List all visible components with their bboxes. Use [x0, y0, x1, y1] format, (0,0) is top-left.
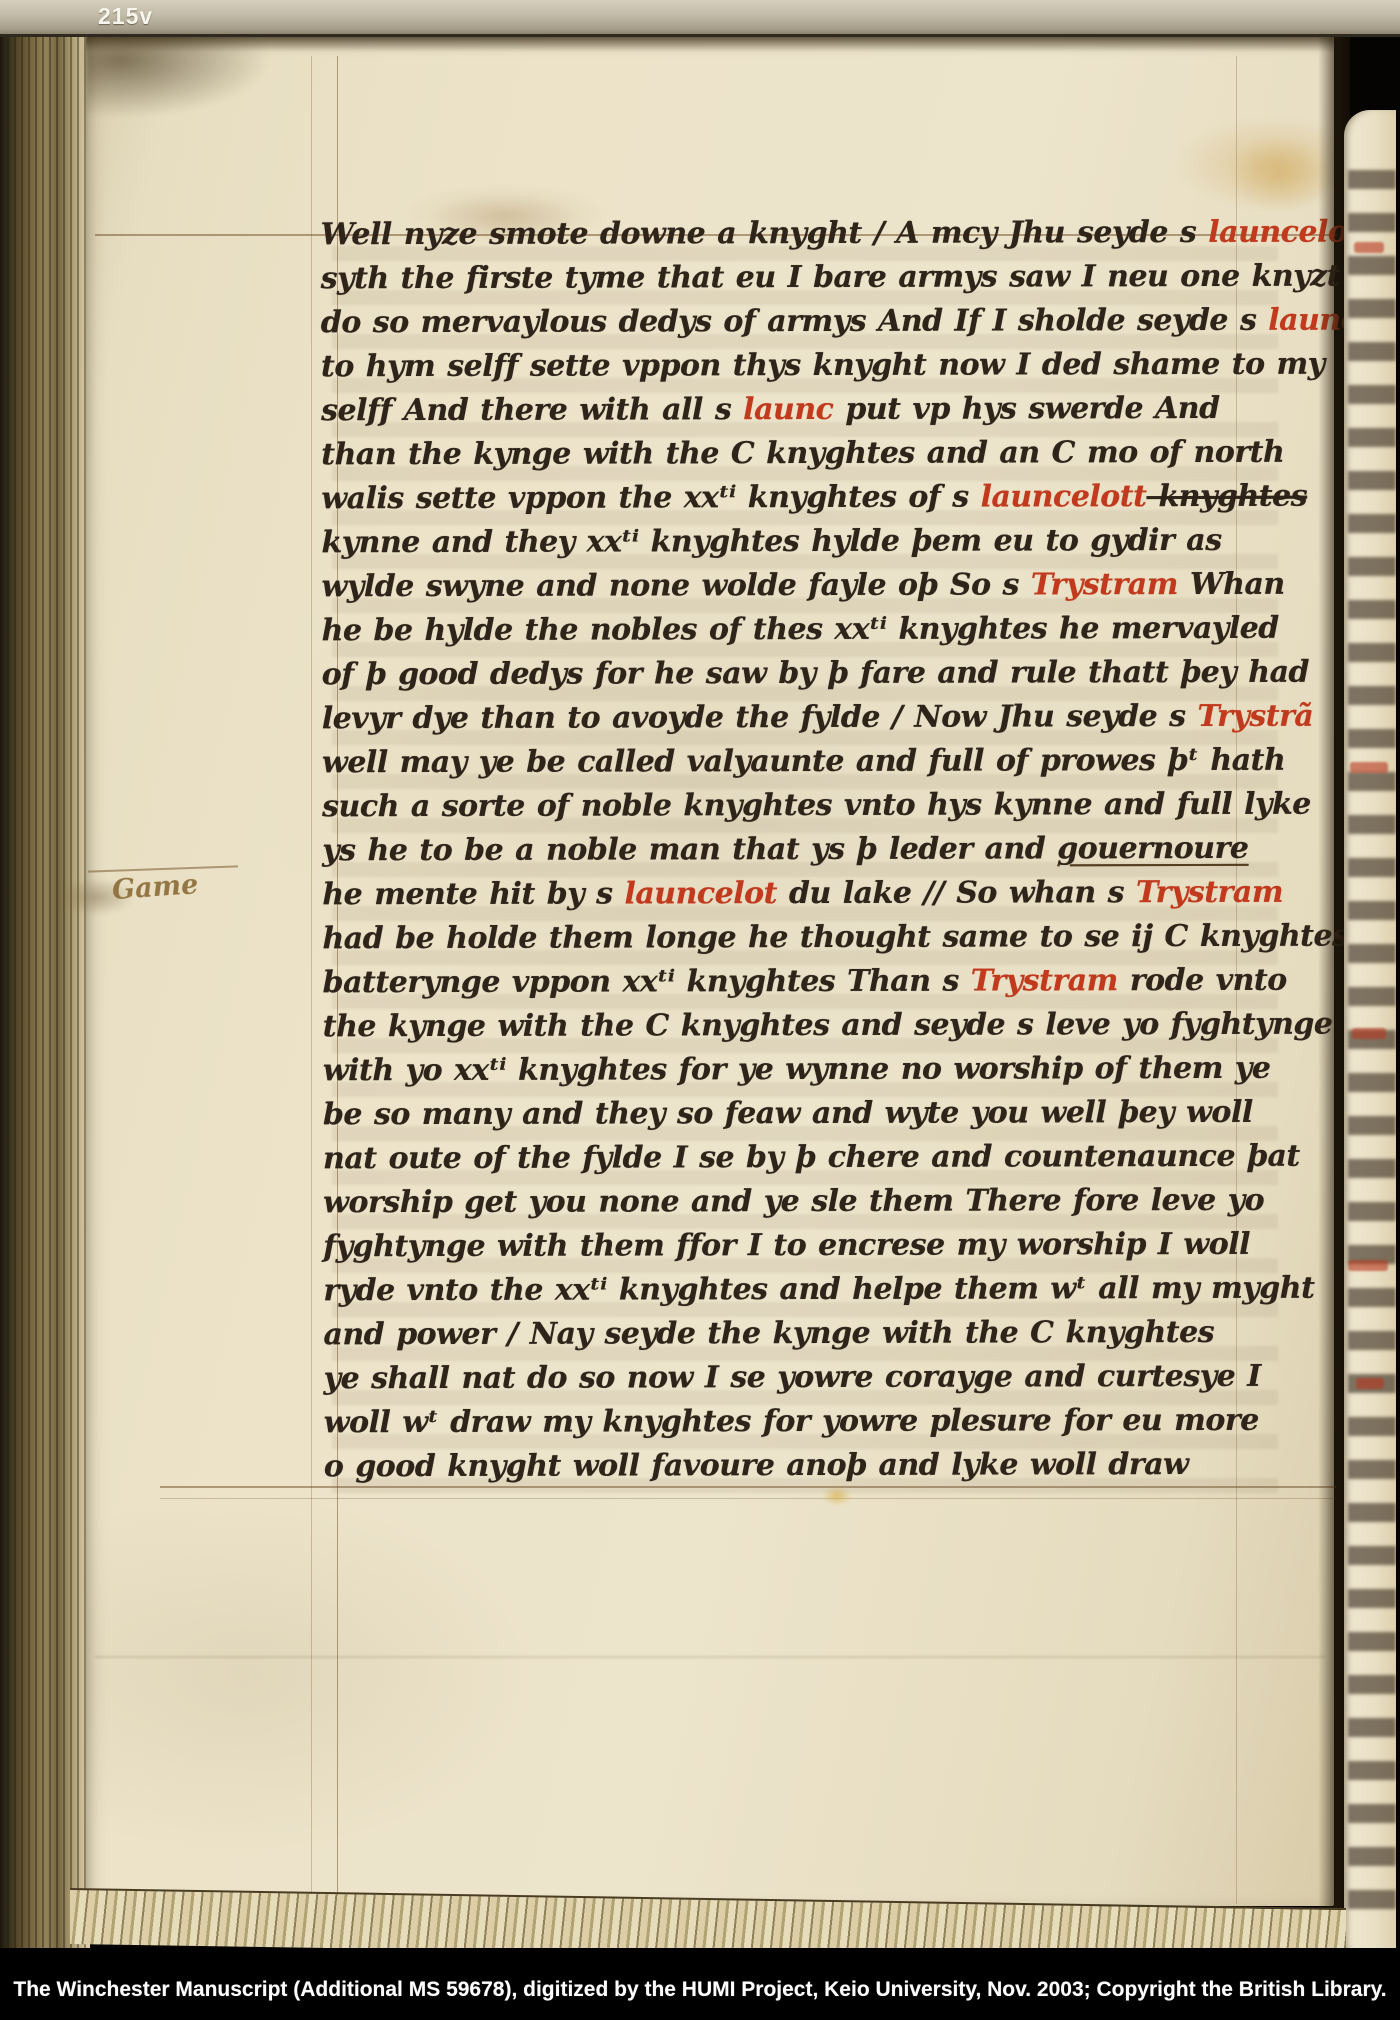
ink-text: do so mervaylous dedys of armys And If I…: [321, 303, 1269, 340]
rubricated-name: launc: [743, 392, 833, 427]
manuscript-line: woll wᵗ draw my knyghtes for yowre plesu…: [324, 1403, 1259, 1441]
manuscript-line: levyr dye than to avoyde the fylde / Now…: [322, 699, 1314, 738]
rubricated-name: Trystrã: [1197, 699, 1313, 734]
ink-text: o good knyght woll favoure anoþ and lyke…: [324, 1447, 1189, 1484]
ink-text: and power / Nay seyde the kynge with the…: [323, 1315, 1214, 1352]
manuscript-line: Well nyze smote downe a knyght / A mcy J…: [321, 214, 1375, 253]
ink-text: knyghtes: [1146, 479, 1307, 514]
ink-text: than the kynge with the C knyghtes and a…: [321, 435, 1284, 473]
page-crease: [95, 1656, 1325, 1658]
ruler-strip: [0, 0, 1400, 37]
manuscript-line: of þ good dedys for he saw by þ fare and…: [322, 655, 1309, 694]
ink-text: worship get you none and ye sle them The…: [323, 1183, 1264, 1220]
ink-text: he mente hit by s: [322, 876, 624, 912]
ink-text: fyghtynge with them ffor I to encrese my…: [323, 1227, 1250, 1264]
ink-text: nat oute of the fylde I se by þ chere an…: [323, 1139, 1300, 1177]
ink-text: rode vnto: [1118, 963, 1287, 998]
ink-text: he be hylde the nobles of thes xxᵗⁱ knyg…: [322, 611, 1279, 649]
rubricated-name: Trystram: [971, 963, 1118, 998]
manuscript-line: kynne and they xxᵗⁱ knyghtes hylde þem e…: [321, 523, 1221, 561]
manuscript-line: well may ye be called valyaunte and full…: [322, 743, 1285, 782]
book-page-stack-edge: [0, 34, 90, 1952]
ink-text: had be holde them longe he thought same …: [322, 919, 1348, 957]
manuscript-line: wylde swyne and none wolde fayle oþ So s…: [321, 567, 1284, 606]
ink-text: du lake // So whan s: [777, 875, 1136, 911]
manuscript-line: nat oute of the fylde I se by þ chere an…: [323, 1139, 1300, 1178]
rubricated-name: launcelot: [624, 876, 777, 911]
ink-text: to hym selff sette vppon thys knyght now…: [321, 347, 1325, 385]
manuscript-line: selff And there with all s launc put vp …: [321, 391, 1220, 429]
page-corner-shadow: [86, 34, 276, 120]
manuscript-line: than the kynge with the C knyghtes and a…: [321, 435, 1284, 474]
ink-text: Whan: [1178, 567, 1285, 602]
manuscript-line: with yo xxᵗⁱ knyghtes for ye wynne no wo…: [323, 1051, 1271, 1089]
ink-text: syth the firste tyme that eu I bare army…: [321, 259, 1340, 297]
manuscript-line: ryde vnto the xxᵗⁱ knyghtes and helpe th…: [323, 1271, 1314, 1310]
manuscript-line: worship get you none and ye sle them The…: [323, 1183, 1264, 1221]
ink-text: batterynge vppon xxᵗⁱ knyghtes Than s: [323, 964, 971, 1001]
manuscript-line: had be holde them longe he thought same …: [322, 919, 1348, 958]
facing-page-edge: [1344, 110, 1396, 1954]
manuscript-line: batterynge vppon xxᵗⁱ knyghtes Than s Tr…: [323, 963, 1287, 1002]
manuscript-line: the kynge with the C knyghtes and seyde …: [323, 1007, 1333, 1046]
ink-text: well may ye be called valyaunte and full…: [322, 743, 1285, 781]
ink-text: of þ good dedys for he saw by þ fare and…: [322, 655, 1309, 693]
manuscript-line: be so many and they so feaw and wyte you…: [323, 1095, 1253, 1133]
facing-rubric-mark: [1356, 1378, 1384, 1389]
ruled-line-left-outer: [311, 56, 312, 1904]
ink-text: wylde swyne and none wolde fayle oþ So s: [321, 567, 1030, 604]
manuscript-line: walis sette vppon the xxᵗⁱ knyghtes of s…: [321, 479, 1307, 518]
ink-text: woll wᵗ draw my knyghtes for yowre plesu…: [324, 1403, 1259, 1440]
rubricated-name: Trystram: [1136, 875, 1283, 910]
manuscript-line: to hym selff sette vppon thys knyght now…: [321, 347, 1325, 386]
ink-text: kynne and they xxᵗⁱ knyghtes hylde þem e…: [321, 523, 1221, 560]
manuscript-line: and power / Nay seyde the kynge with the…: [323, 1315, 1214, 1353]
ink-text: such a sorte of noble knyghtes vnto hys …: [322, 787, 1311, 825]
caption-text: The Winchester Manuscript (Additional MS…: [0, 1978, 1400, 2002]
ink-text: gouernoure: [1057, 831, 1248, 867]
ink-text: walis sette vppon the xxᵗⁱ knyghtes of s: [321, 480, 980, 517]
manuscript-line: ye shall nat do so now I se yowre corayg…: [324, 1359, 1261, 1397]
ink-text: ys he to be a noble man that ys þ leder …: [322, 831, 1057, 868]
rubricated-name: launcelott: [981, 479, 1147, 514]
manuscript-line: o good knyght woll favoure anoþ and lyke…: [324, 1447, 1189, 1485]
facing-rubric-mark: [1354, 242, 1384, 253]
manuscript-line: he be hylde the nobles of thes xxᵗⁱ knyg…: [322, 611, 1279, 650]
ink-text: the kynge with the C knyghtes and seyde …: [323, 1007, 1333, 1045]
ink-text: with yo xxᵗⁱ knyghtes for ye wynne no wo…: [323, 1051, 1271, 1088]
manuscript-line: syth the firste tyme that eu I bare army…: [321, 259, 1340, 298]
facing-rubric-mark: [1350, 762, 1388, 773]
ink-text: be so many and they so feaw and wyte you…: [323, 1095, 1253, 1132]
ink-text: levyr dye than to avoyde the fylde / Now…: [322, 699, 1198, 736]
manuscript-line: ys he to be a noble man that ys þ leder …: [322, 831, 1248, 869]
ink-text: put vp hys swerde And: [833, 391, 1219, 427]
folio-number: 215v: [98, 3, 153, 30]
ink-text: Well nyze smote downe a knyght / A mcy J…: [321, 215, 1209, 252]
facing-rubric-mark: [1348, 1260, 1388, 1271]
margin-annotation: Game: [111, 869, 199, 906]
manuscript-line: do so mervaylous dedys of armys And If I…: [321, 303, 1359, 342]
ink-text: ye shall nat do so now I se yowre corayg…: [324, 1359, 1261, 1396]
rubricated-name: Trystram: [1031, 567, 1178, 602]
facing-page-text-blur: [1348, 170, 1396, 1930]
ruled-line-bottom-2: [160, 1498, 1336, 1499]
ink-text: selff And there with all s: [321, 392, 743, 428]
parchment-stain: [1230, 138, 1330, 210]
facing-rubric-mark: [1352, 1028, 1386, 1039]
ink-text: ryde vnto the xxᵗⁱ knyghtes and helpe th…: [323, 1271, 1314, 1309]
manuscript-line: such a sorte of noble knyghtes vnto hys …: [322, 787, 1311, 826]
manuscript-line: he mente hit by s launcelot du lake // S…: [322, 875, 1283, 914]
manuscript-line: fyghtynge with them ffor I to encrese my…: [323, 1227, 1250, 1265]
